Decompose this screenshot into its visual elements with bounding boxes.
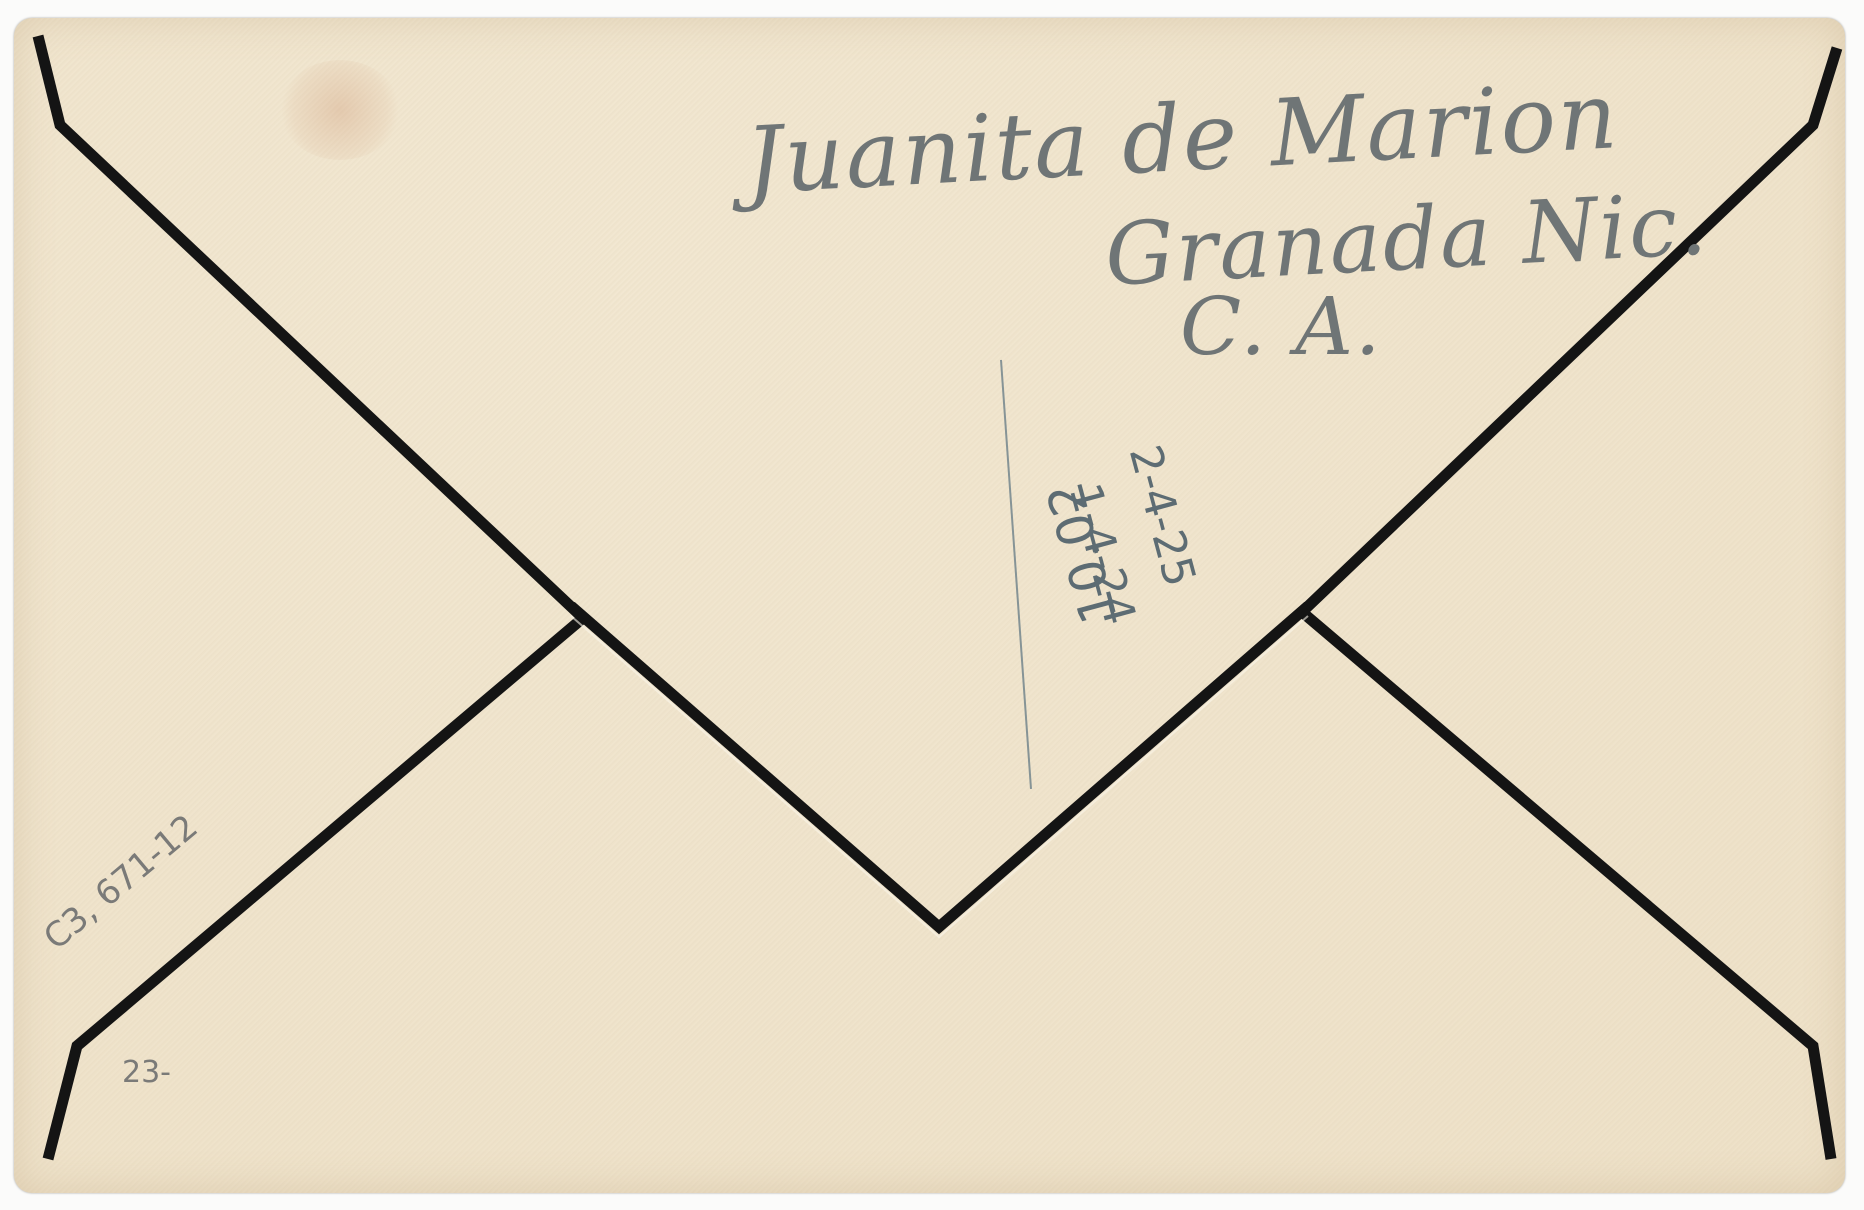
price-note: 23- bbox=[122, 1055, 171, 1090]
bottom-flap-v-edge bbox=[571, 606, 1308, 927]
sender-region: C. A. bbox=[1180, 280, 1382, 373]
top-left-flap-edge bbox=[38, 36, 583, 618]
lower-right-flap-edge bbox=[1302, 612, 1831, 1159]
